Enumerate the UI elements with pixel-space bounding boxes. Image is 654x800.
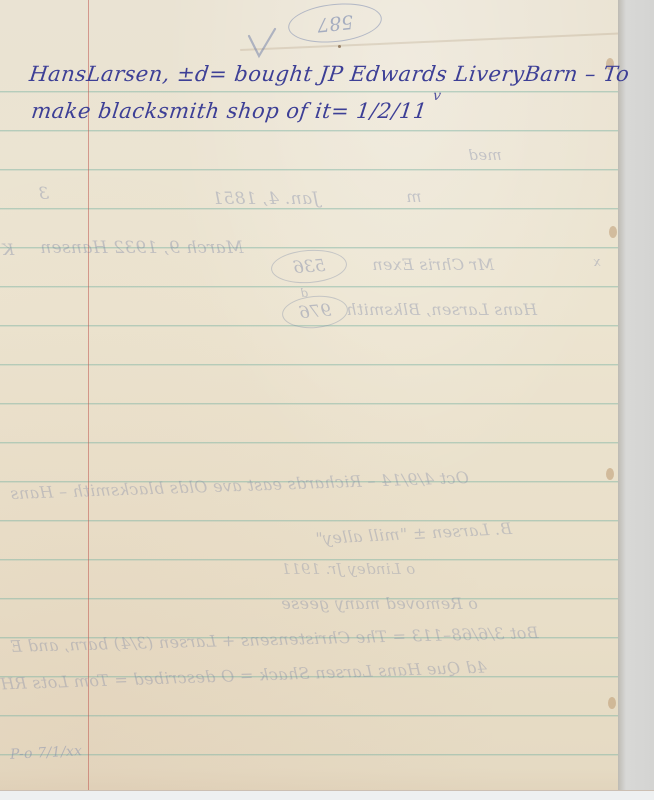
bleedthrough-text: m xyxy=(406,187,421,206)
bleedthrough-oval-number: 976 xyxy=(298,301,332,324)
bleedthrough-text: 3 xyxy=(38,184,49,204)
bleedthrough-text: o Lindey Jr. 1911 xyxy=(281,560,415,578)
entry-line-2: make blacksmith shop of it= 1/2/11 xyxy=(30,99,429,123)
bleedthrough-oval-number: 536 xyxy=(292,255,326,277)
paper-edge-notch xyxy=(608,697,616,709)
pencil-checkmark-icon xyxy=(246,26,278,60)
scanned-notebook-page: { "stamp": { "number": "587" }, "entry":… xyxy=(0,0,654,800)
bleedthrough-text: Jan. 4, 1851 xyxy=(212,189,319,209)
stamp-number: 587 xyxy=(316,10,354,36)
paper-speck xyxy=(338,45,341,48)
bleedthrough-text: Hans Larsen, Blksmith xyxy=(346,300,537,319)
scanner-bottom-edge xyxy=(0,790,654,800)
bleedthrough-text: o Removed many geese xyxy=(281,594,478,613)
bleedthrough-text: x xyxy=(593,255,601,270)
scanner-background-strip xyxy=(618,0,654,800)
entry-line-1: HansLarsen, ±d= bought JP Edwards Livery… xyxy=(28,62,631,86)
bleedthrough-text: med xyxy=(468,146,502,164)
paper-edge-notch xyxy=(606,468,614,480)
bleedthrough-text: March 9, 1932 Hansen xyxy=(40,238,243,258)
paper-edge-notch xyxy=(609,226,617,238)
bleedthrough-text: K xyxy=(2,240,14,259)
bleedthrough-text: Mr Chris Exen xyxy=(372,255,494,274)
